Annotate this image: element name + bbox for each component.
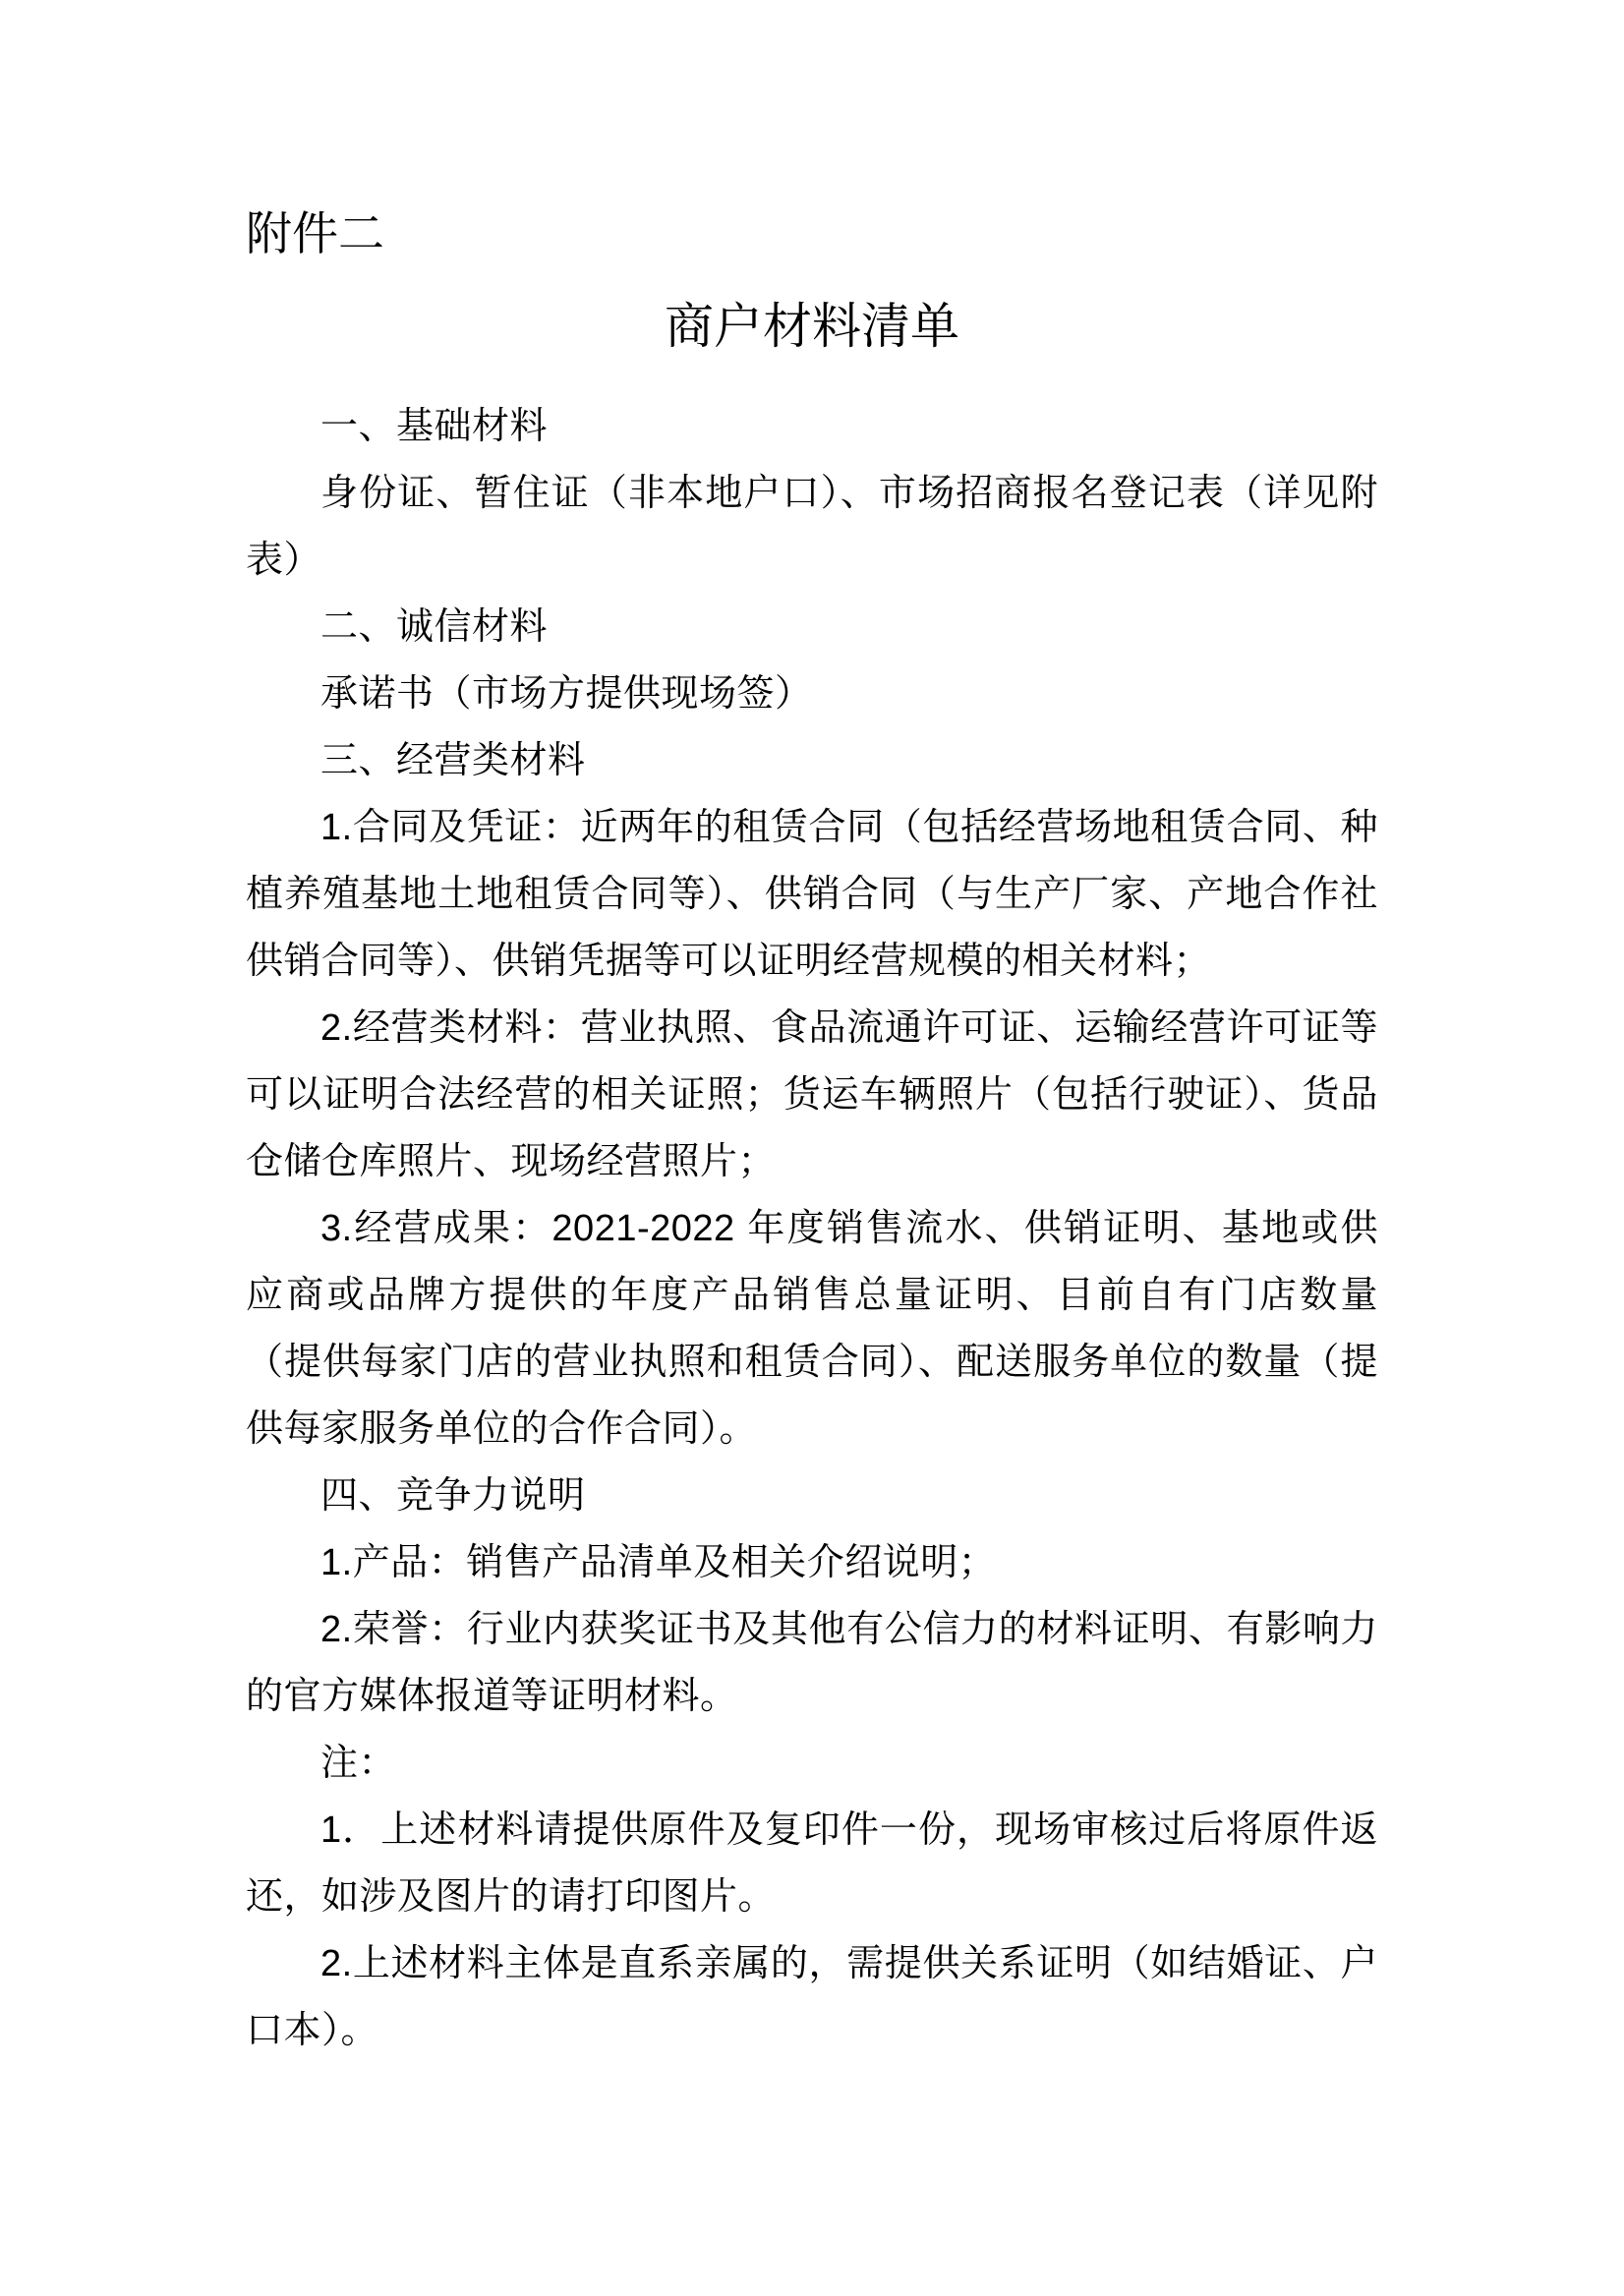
document-body: 一、基础材料 身份证、暂住证（非本地户口）、市场招商报名登记表（详见附表） 二、… bbox=[246, 393, 1378, 2064]
paragraph-products: 1.产品：销售产品清单及相关介绍说明； bbox=[246, 1529, 1378, 1596]
document-title: 商户材料清单 bbox=[246, 299, 1378, 354]
paragraph-honors: 2.荣誉：行业内获奖证书及其他有公信力的材料证明、有影响力的官方媒体报道等证明材… bbox=[246, 1596, 1378, 1730]
note-item-2: 2.上述材料主体是直系亲属的，需提供关系证明（如结婚证、户口本）。 bbox=[246, 1930, 1378, 2064]
paragraph-business-results: 3.经营成果：2021-2022 年度销售流水、供销证明、基地或供应商或品牌方提… bbox=[246, 1195, 1378, 1463]
section-heading-1: 一、基础材料 bbox=[246, 393, 1378, 460]
document-page: 附件二 商户材料清单 一、基础材料 身份证、暂住证（非本地户口）、市场招商报名登… bbox=[0, 0, 1624, 2296]
paragraph-business-licenses: 2.经营类材料：营业执照、食品流通许可证、运输经营许可证等可以证明合法经营的相关… bbox=[246, 995, 1378, 1195]
document-content: 附件二 商户材料清单 一、基础材料 身份证、暂住证（非本地户口）、市场招商报名登… bbox=[246, 0, 1378, 2064]
section-heading-4: 四、竞争力说明 bbox=[246, 1463, 1378, 1529]
note-item-1: 1．上述材料请提供原件及复印件一份，现场审核过后将原件返还，如涉及图片的请打印图… bbox=[246, 1797, 1378, 1930]
notes-label: 注： bbox=[246, 1730, 1378, 1797]
paragraph-contracts-vouchers: 1.合同及凭证：近两年的租赁合同（包括经营场地租赁合同、种植养殖基地土地租赁合同… bbox=[246, 794, 1378, 995]
paragraph-basic-materials: 身份证、暂住证（非本地户口）、市场招商报名登记表（详见附表） bbox=[246, 460, 1378, 594]
attachment-label: 附件二 bbox=[246, 208, 1378, 259]
section-heading-3: 三、经营类材料 bbox=[246, 727, 1378, 794]
paragraph-integrity-materials: 承诺书（市场方提供现场签） bbox=[246, 660, 1378, 727]
section-heading-2: 二、诚信材料 bbox=[246, 594, 1378, 660]
